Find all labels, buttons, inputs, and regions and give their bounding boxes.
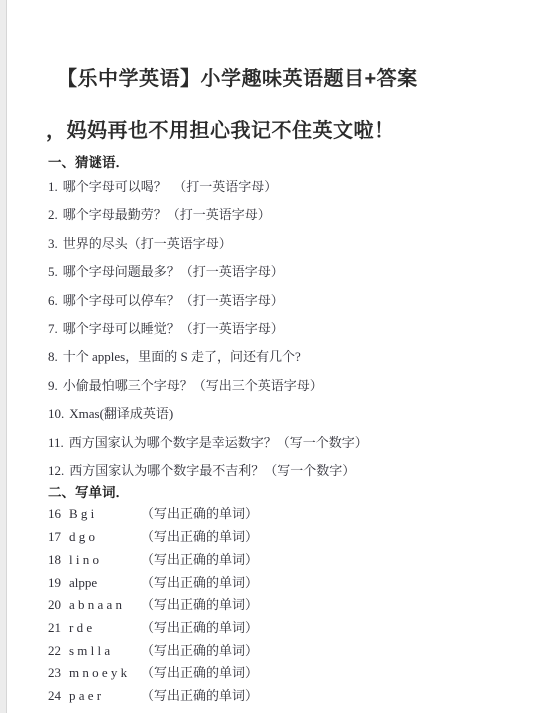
- section-heading-riddles: 一、猜谜语．: [48, 156, 520, 170]
- word-number: 21: [48, 617, 69, 640]
- word-instruction: （写出正确的单词）: [141, 572, 258, 595]
- word-scrambled-letters: l i n o: [69, 549, 131, 572]
- riddle-number: 7.: [48, 321, 58, 336]
- word-scrambled-letters: s m l l a: [69, 640, 131, 663]
- riddle-item: 6.哪个字母可以停车？（打一英语字母）: [48, 287, 520, 315]
- word-number: 24: [48, 685, 69, 708]
- riddle-number: 12.: [48, 463, 64, 478]
- word-scrambled-letters: r d e: [69, 617, 131, 640]
- riddle-item: 8.十个 apples，里面的 S 走了，问还有几个?: [48, 343, 520, 371]
- word-scrambled-letters: a b n a a n: [69, 594, 131, 617]
- document-subtitle: ，妈妈再也不用担心我记不住英文啦！: [46, 118, 520, 144]
- riddle-text: 哪个字母最勤劳？（打一英语字母）: [63, 207, 271, 222]
- riddle-item: 11.西方国家认为哪个数字是幸运数字？（写一个数字）: [48, 429, 520, 457]
- riddle-number: 5.: [48, 264, 58, 279]
- word-instruction: （写出正确的单词）: [141, 503, 258, 526]
- riddle-text: 哪个字母可以停车？（打一英语字母）: [63, 293, 284, 308]
- word-item: 16B g i（写出正确的单词）: [48, 503, 520, 526]
- page-left-edge: [0, 0, 7, 713]
- riddle-item: 9.小偷最怕哪三个字母？（写出三个英语字母）: [48, 372, 520, 400]
- word-instruction: （写出正确的单词）: [141, 549, 258, 572]
- riddle-text: 小偷最怕哪三个字母？（写出三个英语字母）: [63, 378, 323, 393]
- riddle-item: 12.西方国家认为哪个数字最不吉利？（写一个数字）: [48, 457, 520, 485]
- riddle-text: 哪个字母可以喝？ （打一英语字母）: [63, 179, 278, 194]
- section-heading-words: 二、写单词．: [48, 486, 520, 500]
- word-list: 16B g i（写出正确的单词） 17d g o（写出正确的单词） 18l i …: [48, 503, 520, 707]
- riddle-number: 9.: [48, 378, 58, 393]
- riddle-item: 10.Xmas(翻译成英语): [48, 400, 520, 428]
- word-number: 19: [48, 572, 69, 595]
- riddle-text: 哪个字母可以睡觉？（打一英语字母）: [63, 321, 284, 336]
- riddle-text: 西方国家认为哪个数字是幸运数字？（写一个数字）: [69, 435, 368, 450]
- riddle-item: 5.哪个字母问题最多？（打一英语字母）: [48, 258, 520, 286]
- word-instruction: （写出正确的单词）: [141, 685, 258, 708]
- word-item: 22s m l l a（写出正确的单词）: [48, 640, 520, 663]
- word-number: 17: [48, 526, 69, 549]
- word-instruction: （写出正确的单词）: [141, 662, 258, 685]
- riddle-text: Xmas(翻译成英语): [69, 406, 173, 421]
- riddle-item: 1.哪个字母可以喝？ （打一英语字母）: [48, 173, 520, 201]
- word-item: 19alppe（写出正确的单词）: [48, 572, 520, 595]
- riddle-item: 3.世界的尽头（打一英语字母）: [48, 230, 520, 258]
- word-instruction: （写出正确的单词）: [141, 640, 258, 663]
- word-number: 22: [48, 640, 69, 663]
- word-item: 20a b n a a n（写出正确的单词）: [48, 594, 520, 617]
- word-number: 18: [48, 549, 69, 572]
- word-number: 20: [48, 594, 69, 617]
- riddle-text: 哪个字母问题最多？（打一英语字母）: [63, 264, 284, 279]
- document-content: 【乐中学英语】小学趣味英语题目+答案 ，妈妈再也不用担心我记不住英文啦！ 一、猜…: [48, 0, 520, 708]
- riddle-list: 1.哪个字母可以喝？ （打一英语字母） 2.哪个字母最勤劳？（打一英语字母） 3…: [48, 173, 520, 485]
- riddle-text: 十个 apples，里面的 S 走了，问还有几个?: [63, 349, 301, 364]
- document-title: 【乐中学英语】小学趣味英语题目+答案: [57, 66, 520, 92]
- word-instruction: （写出正确的单词）: [141, 617, 258, 640]
- word-scrambled-letters: B g i: [69, 503, 131, 526]
- riddle-number: 1.: [48, 179, 58, 194]
- word-number: 23: [48, 662, 69, 685]
- riddle-item: 2.哪个字母最勤劳？（打一英语字母）: [48, 201, 520, 229]
- word-item: 24p a e r（写出正确的单词）: [48, 685, 520, 708]
- document-page: 【乐中学英语】小学趣味英语题目+答案 ，妈妈再也不用担心我记不住英文啦！ 一、猜…: [0, 0, 534, 713]
- word-item: 18l i n o（写出正确的单词）: [48, 549, 520, 572]
- word-number: 16: [48, 503, 69, 526]
- riddle-number: 11.: [48, 435, 64, 450]
- riddle-number: 6.: [48, 293, 58, 308]
- word-scrambled-letters: m n o e y k: [69, 662, 131, 685]
- riddle-text: 西方国家认为哪个数字最不吉利？（写一个数字）: [69, 463, 355, 478]
- word-scrambled-letters: d g o: [69, 526, 131, 549]
- word-instruction: （写出正确的单词）: [141, 526, 258, 549]
- riddle-number: 10.: [48, 406, 64, 421]
- word-instruction: （写出正确的单词）: [141, 594, 258, 617]
- riddle-item: 7.哪个字母可以睡觉？（打一英语字母）: [48, 315, 520, 343]
- word-item: 17d g o（写出正确的单词）: [48, 526, 520, 549]
- riddle-number: 2.: [48, 207, 58, 222]
- riddle-number: 8.: [48, 349, 58, 364]
- riddle-text: 世界的尽头（打一英语字母）: [63, 236, 232, 251]
- riddle-number: 3.: [48, 236, 58, 251]
- word-scrambled-letters: p a e r: [69, 685, 131, 708]
- word-item: 23m n o e y k（写出正确的单词）: [48, 662, 520, 685]
- word-scrambled-letters: alppe: [69, 572, 131, 595]
- word-item: 21r d e（写出正确的单词）: [48, 617, 520, 640]
